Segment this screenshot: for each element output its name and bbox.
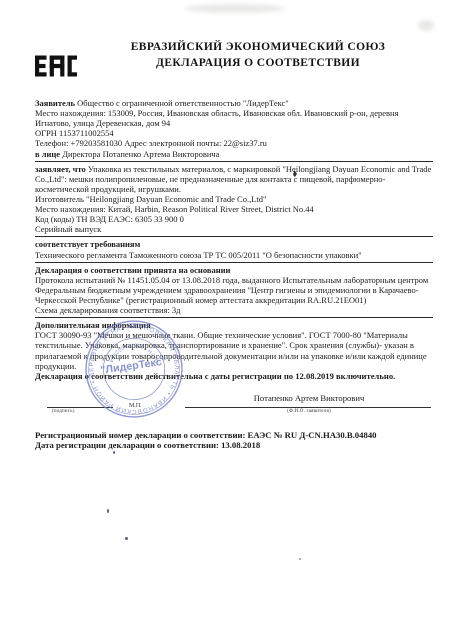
stamp-place-label: М.П. bbox=[129, 403, 142, 410]
title-line-declaration: ДЕКЛАРАЦИЯ О СООТВЕТСТВИИ bbox=[83, 56, 433, 72]
document-header: ЕВРАЗИЙСКИЙ ЭКОНОМИЧЕСКИЙ СОЮЗ ДЕКЛАРАЦИ… bbox=[35, 40, 433, 88]
tnved-code: Код (коды) ТН ВЭД ЕАЭС: 6305 33 900 0 bbox=[35, 214, 433, 224]
section-divider bbox=[35, 236, 433, 237]
scan-smudge bbox=[418, 20, 434, 31]
in-person-line: в лице Директора Потапенко Артема Виктор… bbox=[35, 149, 433, 159]
signatory-name-line bbox=[185, 407, 431, 408]
signature-block: (подпись) М.П. Потапенко Артем Викторови… bbox=[35, 384, 433, 430]
declares-line: заявляет, что Упаковка из текстильных ма… bbox=[35, 164, 433, 194]
signature-line bbox=[47, 407, 113, 408]
additional-heading: Дополнительная информация bbox=[35, 320, 433, 330]
registration-date: Дата регистрации декларации о соответств… bbox=[35, 440, 433, 450]
document-title: ЕВРАЗИЙСКИЙ ЭКОНОМИЧЕСКИЙ СОЮЗ ДЕКЛАРАЦИ… bbox=[77, 40, 433, 71]
signatory-name-caption: (Ф.И.О. заявителя) bbox=[185, 409, 433, 415]
manufacturer: Изготовитель "Heilongjiang Dayuan Econom… bbox=[35, 194, 433, 204]
in-person-label: в лице bbox=[35, 149, 60, 159]
applicant-name: Общество с ограниченной ответственностью… bbox=[75, 98, 289, 108]
compliance-body: Технического регламента Таможенного союз… bbox=[35, 250, 433, 260]
signatory-name: Потапенко Артем Викторович bbox=[185, 393, 433, 403]
basis-body: Протокола испытаний № 11451.05.04 от 13.… bbox=[35, 275, 433, 305]
scan-smudge bbox=[185, 4, 285, 13]
scan-speck bbox=[125, 537, 128, 540]
registration-number: Регистрационный номер декларации о соотв… bbox=[35, 430, 433, 440]
basis-heading-text: Декларация о соответствии принята на осн… bbox=[35, 265, 230, 275]
scan-speck bbox=[299, 558, 301, 560]
scan-speck bbox=[107, 509, 109, 513]
basis-heading: Декларация о соответствии принята на осн… bbox=[35, 265, 433, 275]
signature-caption: (подпись) bbox=[52, 409, 75, 415]
applicant-line: Заявитель Общество с ограниченной ответс… bbox=[35, 98, 433, 108]
compliance-heading-text: соответствует требованиям bbox=[35, 239, 140, 249]
section-divider bbox=[35, 262, 433, 263]
manufacturer-address: Место нахождения: Китай, Harbin, Reason … bbox=[35, 204, 433, 214]
applicant-label: Заявитель bbox=[35, 98, 75, 108]
validity-statement: Декларация о соответствии действительна … bbox=[35, 371, 433, 381]
compliance-heading: соответствует требованиям bbox=[35, 239, 433, 249]
applicant-phone-email: Телефон: +79203581030 Адрес электронной … bbox=[35, 138, 433, 148]
title-line-union: ЕВРАЗИЙСКИЙ ЭКОНОМИЧЕСКИЙ СОЮЗ bbox=[83, 40, 433, 56]
declaration-scheme: Схема декларирования соответствия: 3д bbox=[35, 305, 433, 315]
eac-logo-icon bbox=[35, 44, 77, 88]
declaration-document: ЕВРАЗИЙСКИЙ ЭКОНОМИЧЕСКИЙ СОЮЗ ДЕКЛАРАЦИ… bbox=[35, 40, 433, 451]
section-divider bbox=[35, 161, 433, 162]
additional-body: ГОСТ 30090-93 "Мешки и мешочные ткани. О… bbox=[35, 330, 433, 370]
in-person-name: Директора Потапенко Артема Викторовича bbox=[60, 149, 219, 159]
declares-label: заявляет, что bbox=[35, 164, 86, 174]
scan-speck bbox=[113, 451, 115, 454]
product-description: Упаковка из текстильных материалов, с ма… bbox=[35, 164, 431, 194]
section-divider bbox=[35, 317, 433, 318]
additional-heading-text: Дополнительная информация bbox=[35, 320, 151, 330]
serial-release: Серийный выпуск bbox=[35, 224, 433, 234]
applicant-address: Место нахождения: 153009, Россия, Иванов… bbox=[35, 108, 433, 128]
applicant-ogrn: ОГРН 1153711002554 bbox=[35, 128, 433, 138]
document-page: ЕВРАЗИЙСКИЙ ЭКОНОМИЧЕСКИЙ СОЮЗ ДЕКЛАРАЦИ… bbox=[0, 0, 452, 640]
